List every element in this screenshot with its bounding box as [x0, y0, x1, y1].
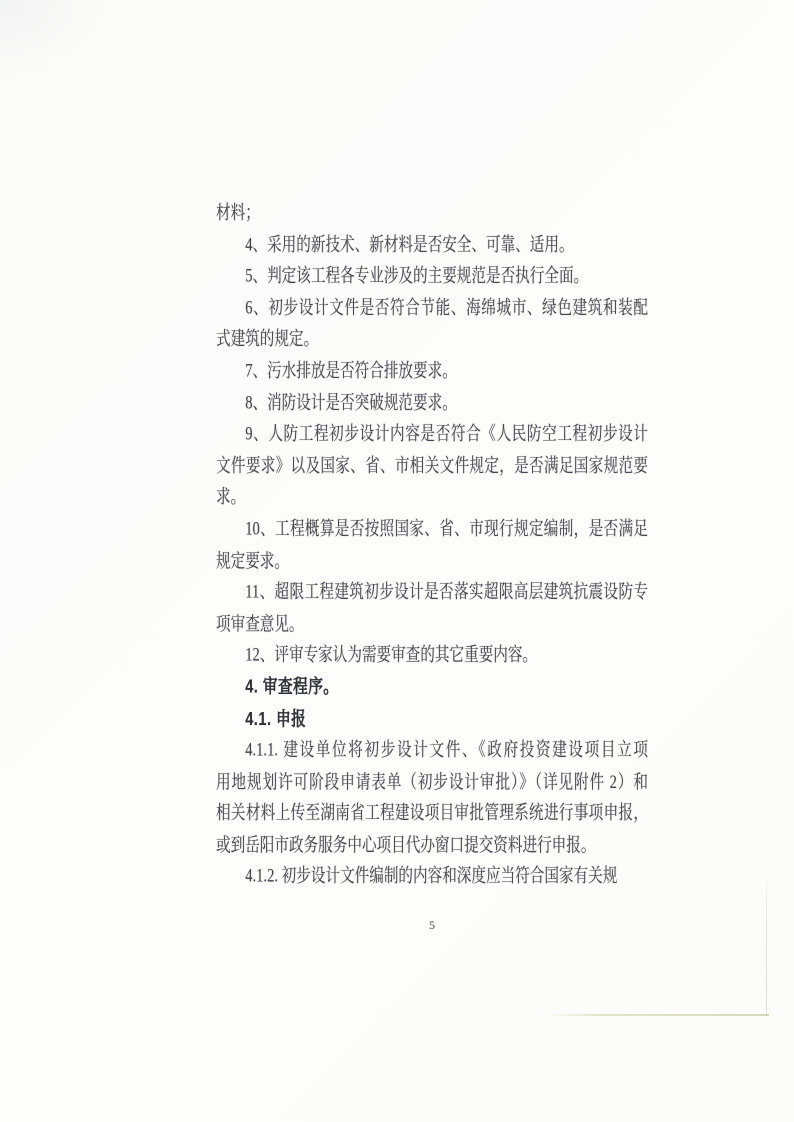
text-line: 4.1.2. 初步设计文件编制的内容和深度应当符合国家有关规	[216, 862, 648, 894]
paragraph: 12、评审专家认为需要审查的其它重要内容。	[216, 640, 648, 672]
text-line: 4. 审查程序。	[216, 672, 648, 704]
paragraph: 9、人防工程初步设计内容是否符合《人民防空工程初步设计文件要求》以及国家、省、市…	[216, 419, 648, 514]
scan-corner-shade	[0, 0, 120, 90]
text-line: 10、工程概算是否按照国家、省、市现行规定编制，是否满足	[216, 514, 648, 546]
paragraph: 材料；	[216, 198, 648, 230]
text-line: 6、初步设计文件是否符合节能、海绵城市、绿色建筑和装配	[216, 293, 648, 325]
text-line: 7、污水排放是否符合排放要求。	[216, 356, 648, 388]
document-text: 材料；4、采用的新技术、新材料是否安全、可靠、适用。5、判定该工程各专业涉及的主…	[216, 198, 648, 893]
text-line: 11、超限工程建筑初步设计是否落实超限高层建筑抗震设防专	[216, 577, 648, 609]
paragraph: 5、判定该工程各专业涉及的主要规范是否执行全面。	[216, 261, 648, 293]
paragraph: 7、污水排放是否符合排放要求。	[216, 356, 648, 388]
paragraph: 10、工程概算是否按照国家、省、市现行规定编制，是否满足规定要求。	[216, 514, 648, 577]
text-line: 4、采用的新技术、新材料是否安全、可靠、适用。	[216, 230, 648, 262]
text-line: 4.1. 申报	[216, 704, 648, 736]
text-line: 5、判定该工程各专业涉及的主要规范是否执行全面。	[216, 261, 648, 293]
section-heading: 4. 审查程序。	[216, 672, 648, 704]
text-line: 相关材料上传至湖南省工程建设项目审批管理系统进行事项申报，	[216, 798, 648, 830]
text-line: 9、人防工程初步设计内容是否符合《人民防空工程初步设计	[216, 419, 648, 451]
text-line: 文件要求》以及国家、省、市相关文件规定，是否满足国家规范要	[216, 451, 648, 483]
paragraph: 11、超限工程建筑初步设计是否落实超限高层建筑抗震设防专项审查意见。	[216, 577, 648, 640]
document-page: 材料；4、采用的新技术、新材料是否安全、可靠、适用。5、判定该工程各专业涉及的主…	[0, 0, 794, 1122]
text-line: 材料；	[216, 198, 648, 230]
text-line: 或到岳阳市政务服务中心项目代办窗口提交资料进行申报。	[216, 830, 648, 862]
scan-artifact-horizontal-line	[545, 1014, 769, 1016]
scan-artifact-vertical-line	[766, 862, 767, 1016]
page-number: 5	[216, 918, 648, 933]
text-line: 项审查意见。	[216, 609, 648, 641]
paragraph: 8、消防设计是否突破规范要求。	[216, 388, 648, 420]
text-line: 8、消防设计是否突破规范要求。	[216, 388, 648, 420]
text-line: 用地规划许可阶段申请表单（初步设计审批）》（详见附件 2）和	[216, 767, 648, 799]
paragraph: 4、采用的新技术、新材料是否安全、可靠、适用。	[216, 230, 648, 262]
paragraph: 4.1.2. 初步设计文件编制的内容和深度应当符合国家有关规	[216, 862, 648, 894]
text-line: 规定要求。	[216, 546, 648, 578]
text-line: 4.1.1. 建设单位将初步设计文件、《政府投资建设项目立项	[216, 735, 648, 767]
paragraph: 4.1.1. 建设单位将初步设计文件、《政府投资建设项目立项用地规划许可阶段申请…	[216, 735, 648, 861]
text-line: 求。	[216, 482, 648, 514]
paragraph: 6、初步设计文件是否符合节能、海绵城市、绿色建筑和装配式建筑的规定。	[216, 293, 648, 356]
section-heading: 4.1. 申报	[216, 704, 648, 736]
text-line: 12、评审专家认为需要审查的其它重要内容。	[216, 640, 648, 672]
text-line: 式建筑的规定。	[216, 324, 648, 356]
